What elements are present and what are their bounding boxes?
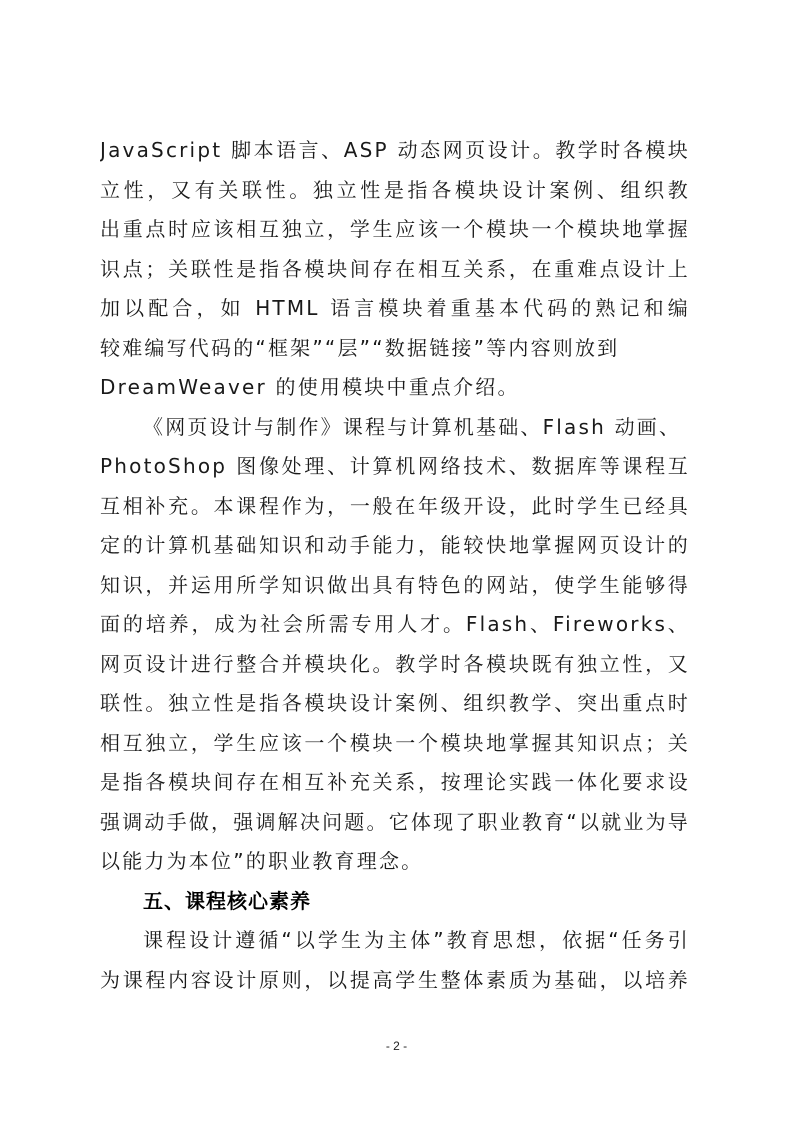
paragraph-line: 《网页设计与制作》课程与计算机基础、Flash 动画、 [143, 415, 690, 439]
paragraph-line: 相互独立，学生应该一个模块一个模块地掌握其知识点；关联性 [100, 731, 690, 755]
paragraph-line: 网页设计进行整合并模块化。教学时各模块既有独立性，又有关 [100, 652, 690, 676]
paragraph-line: DreamWeaver 的使用模块中重点介绍。 [100, 375, 690, 399]
paragraph-line: 加以配合，如 HTML 语言模块着重基本代码的熟记和编写，对于 [100, 296, 690, 320]
paragraph-line: 强调动手做，强调解决问题。它体现了职业教育“以就业为导向， [100, 810, 690, 834]
paragraph-line: 面的培养，成为社会所需专用人才。Flash、Fireworks、ASP 动态 [100, 612, 690, 636]
page-number: - 2 - [0, 1038, 793, 1054]
paragraph-line: 较难编写代码的“框架”“层”“数据链接”等内容则放到 [100, 336, 690, 360]
paragraph-line: 课程设计遵循“以学生为主体”教育思想，依据“任务引领” [143, 928, 690, 952]
paragraph-line: 是指各模块间存在相互补充关系，按理论实践一体化要求设计， [100, 770, 690, 794]
paragraph-line: 为课程内容设计原则，以提高学生整体素质为基础，以培养学生 [100, 968, 690, 992]
document-page: JavaScript 脚本语言、ASP 动态网页设计。教学时各模块既有独 立性，… [0, 0, 793, 1122]
paragraph-line: 立性，又有关联性。独立性是指各模块设计案例、组织教学、突 [100, 178, 690, 202]
paragraph-line: 以能力为本位”的职业教育理念。 [100, 849, 690, 873]
paragraph-line: 联性。独立性是指各模块设计案例、组织教学、突出重点时应该 [100, 691, 690, 715]
paragraph-line: 出重点时应该相互独立，学生应该一个模块一个模块地掌握其知 [100, 217, 690, 241]
paragraph-line: JavaScript 脚本语言、ASP 动态网页设计。教学时各模块既有独 [100, 138, 690, 162]
paragraph-line: PhotoShop 图像处理、计算机网络技术、数据库等课程互相联系、 [100, 454, 690, 478]
paragraph-line: 互相补充。本课程作为，一般在年级开设，此时学生已经具备一 [100, 494, 690, 518]
section-heading: 五、课程核心素养 [143, 889, 690, 913]
paragraph-line: 定的计算机基础知识和动手能力，能较快地掌握网页设计的各种 [100, 533, 690, 557]
paragraph-line: 识点；关联性是指各模块间存在相互关系，在重难点设计上应该 [100, 257, 690, 281]
paragraph-line: 知识，并运用所学知识做出具有特色的网站，使学生能够得到全 [100, 573, 690, 597]
